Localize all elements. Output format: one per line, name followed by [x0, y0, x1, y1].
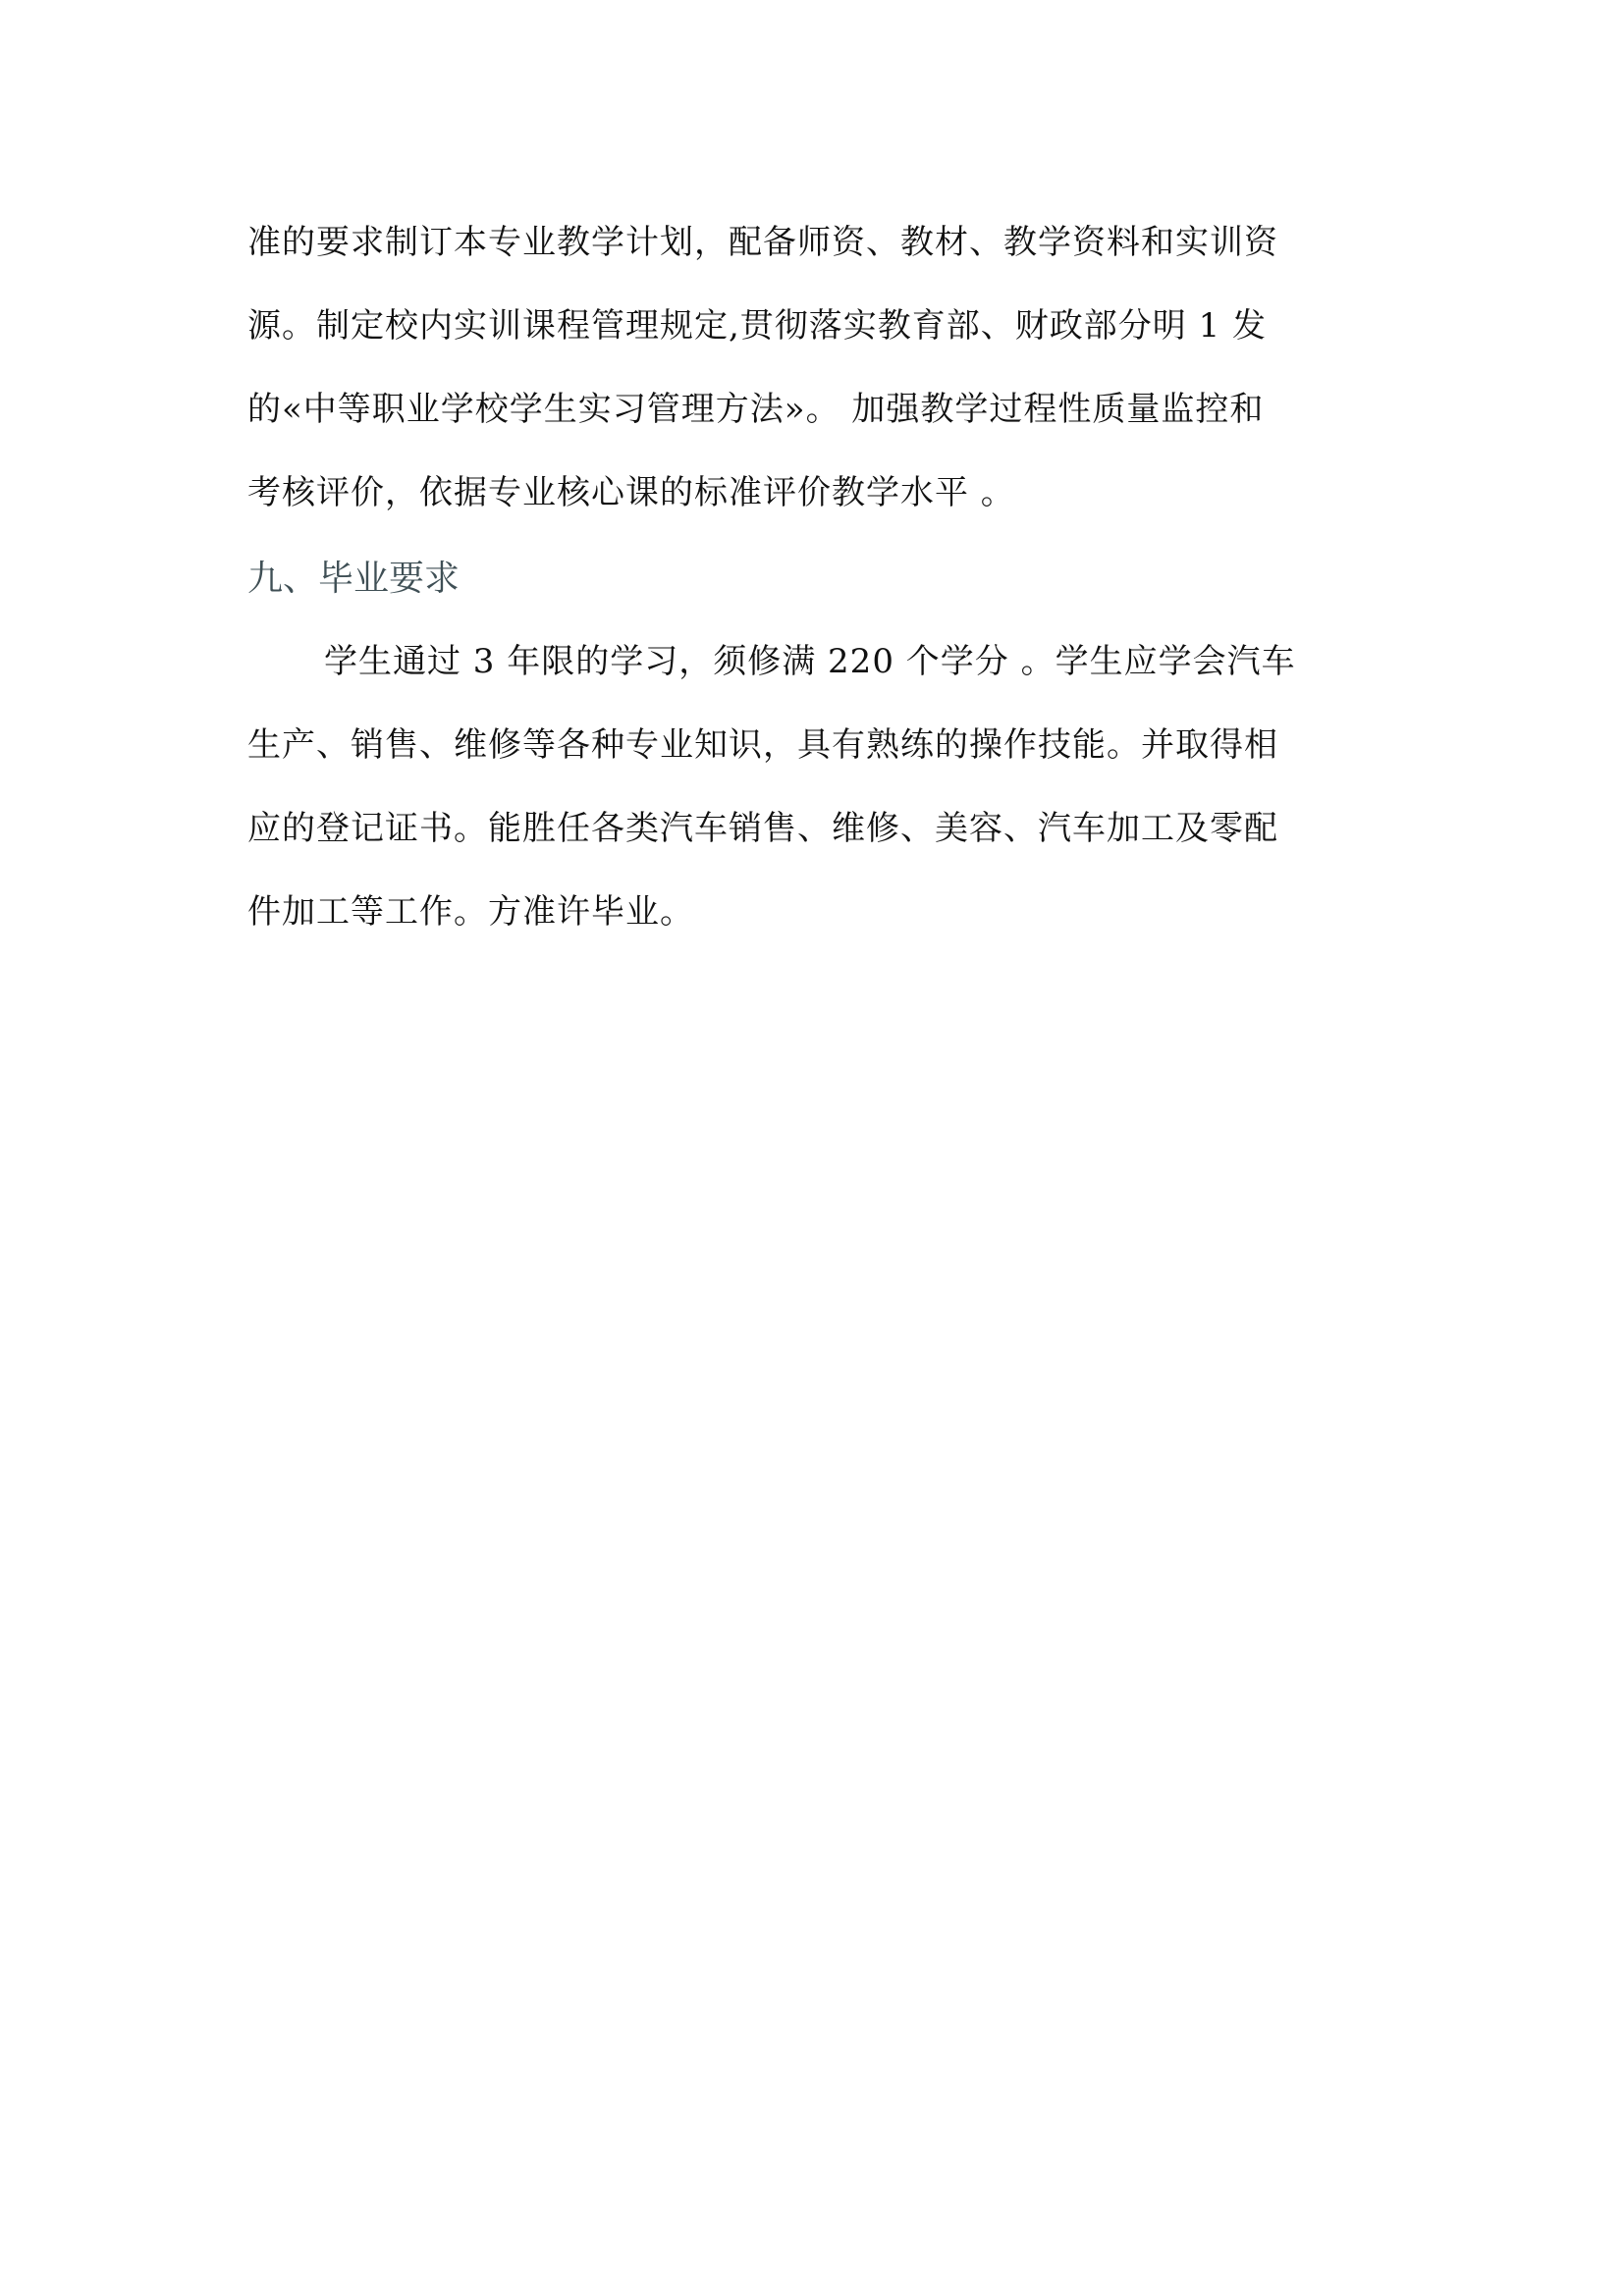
paragraph-teaching-management: 准的要求制订本专业教学计划，配备师资、教材、教学资料和实训资 源。制定校内实训课…: [247, 201, 1386, 535]
paragraph-line: 的«中等职业学校学生实习管理方法»。 加强教学过程性质量监控和: [247, 368, 1386, 452]
paragraph-line: 学生通过 3 年限的学习，须修满 220 个学分 。学生应学会汽车: [247, 620, 1386, 704]
paragraph-line: 生产、销售、维修等各种专业知识，具有熟练的操作技能。并取得相: [247, 704, 1386, 787]
paragraph-line: 考核评价，依据专业核心课的标准评价教学水平 。: [247, 452, 1386, 535]
paragraph-line: 应的登记证书。能胜任各类汽车销售、维修、美容、汽车加工及零配: [247, 787, 1386, 871]
paragraph-graduation-requirements: 学生通过 3 年限的学习，须修满 220 个学分 。学生应学会汽车 生产、销售、…: [247, 620, 1386, 954]
paragraph-line: 准的要求制订本专业教学计划，配备师资、教材、教学资料和实训资: [247, 201, 1386, 285]
section-heading-graduation-requirements: 九、毕业要求: [247, 545, 460, 614]
paragraph-line: 源。制定校内实训课程管理规定,贯彻落实教育部、财政部分明 1 发: [247, 285, 1386, 368]
paragraph-line: 件加工等工作。方准许毕业。: [247, 871, 1386, 954]
